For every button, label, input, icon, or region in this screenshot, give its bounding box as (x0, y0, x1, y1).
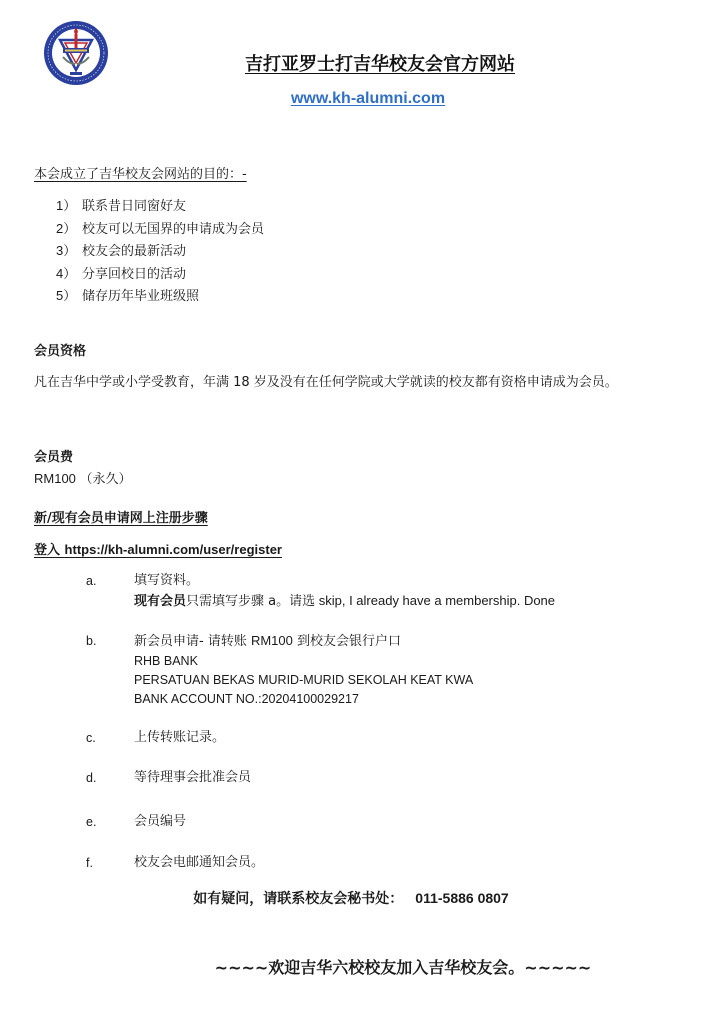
step-b: 新会员申请- 请转账 RM100 到校友会银行户口 RHB BANK PERSA… (134, 631, 473, 709)
fee-value: RM100 （永久） (34, 468, 132, 487)
step-letter: c. (86, 731, 96, 745)
account-holder: PERSATUAN BEKAS MURID-MURID SEKOLAH KEAT… (134, 671, 473, 690)
step-f: 校友会电邮通知会员。 (134, 853, 264, 873)
step-b-line1: 新会员申请- 请转账 RM100 到校友会银行户口 (134, 631, 473, 652)
contact-phone: 011-5886 0807 (415, 890, 508, 906)
bank-name: RHB BANK (134, 652, 473, 671)
step-c: 上传转账记录。 (134, 728, 225, 748)
welcome-message: ~~~~欢迎吉华六校校友加入吉华校友会。~~~~~ (0, 955, 716, 978)
registration-heading: 新/现有会员申请网上注册步骤 (34, 507, 208, 526)
step-letter: f. (86, 856, 93, 870)
step-letter: a. (86, 574, 96, 588)
fee-amount: RM100 (34, 471, 76, 486)
account-number: BANK ACCOUNT NO.:20204100029217 (134, 690, 473, 709)
list-item: 5）储存历年毕业班级照 (56, 285, 264, 308)
purpose-list: 1）联系昔日同窗好友 2）校友可以无国界的申请成为会员 3）校友会的最新活动 4… (56, 195, 264, 308)
list-item: 2）校友可以无国界的申请成为会员 (56, 218, 264, 241)
login-line: 登入 https://kh-alumni.com/user/register (34, 539, 282, 558)
website-link[interactable]: www.kh-alumni.com (0, 90, 716, 108)
fee-heading: 会员费 (34, 446, 73, 465)
step-e: 会员编号 (134, 812, 186, 832)
list-item: 1）联系昔日同窗好友 (56, 195, 264, 218)
list-item: 3）校友会的最新活动 (56, 240, 264, 263)
fee-note: （永久） (80, 472, 132, 487)
eligibility-text: 凡在吉华中学或小学受教育，年满 18 岁及没有在任何学院或大学就读的校友都有资格… (34, 372, 694, 393)
register-link[interactable]: https://kh-alumni.com/user/register (65, 542, 282, 557)
step-d: 等待理事会批准会员 (134, 768, 251, 788)
step-a-line2: 现有会员只需填写步骤 a。请选 skip, I already have a m… (134, 591, 555, 612)
step-a: 填写资料。 现有会员只需填写步骤 a。请选 skip, I already ha… (134, 571, 555, 612)
step-a-line1: 填写资料。 (134, 571, 555, 591)
existing-member-label: 现有会员 (134, 594, 186, 609)
contact-line: 如有疑问，请联系校友会秘书处：011-5886 0807 (0, 888, 716, 908)
list-item: 4）分享回校日的活动 (56, 263, 264, 286)
step-letter: b. (86, 634, 96, 648)
contact-label: 如有疑问，请联系校友会秘书处： (193, 891, 403, 907)
eligibility-heading: 会员资格 (34, 340, 86, 359)
page-title: 吉打亚罗士打吉华校友会官方网站 (0, 50, 716, 76)
login-prefix: 登入 (34, 543, 60, 558)
purpose-heading: 本会成立了吉华校友会网站的目的：- (34, 163, 247, 182)
step-letter: e. (86, 815, 96, 829)
step-letter: d. (86, 771, 96, 785)
